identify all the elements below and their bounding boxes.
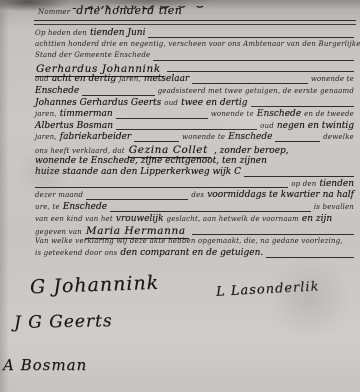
handwritten-text: den comparant en de getuigen. bbox=[120, 248, 263, 258]
handwritten-text: negen en twintig bbox=[277, 121, 354, 131]
signature-witness-2: A Bosman bbox=[3, 356, 87, 374]
printed-form-text: geadsisteerd met twee getuigen, de eerst… bbox=[158, 87, 354, 95]
ruled-blank bbox=[153, 49, 354, 61]
handwritten-text: wonende te Enschede, zijne echtgenoot, t… bbox=[35, 156, 267, 166]
handwritten-text: metselaar bbox=[144, 74, 189, 84]
handwritten-text: Enschede bbox=[35, 86, 79, 96]
printed-form-text: Op heden den bbox=[35, 29, 87, 37]
printed-form-text: dewelke bbox=[323, 133, 354, 141]
printed-form-text: jaren, bbox=[119, 75, 141, 83]
signature-witness-1: J G Geerts bbox=[14, 311, 113, 333]
handwritten-text: en zijn bbox=[302, 214, 332, 224]
printed-form-text: dezer maand bbox=[35, 191, 83, 199]
ruled-blank bbox=[192, 223, 354, 235]
handwritten-text: timmerman bbox=[60, 109, 113, 119]
printed-form-text: is bevallen bbox=[314, 203, 354, 211]
record-number-value: drie honderd tien bbox=[76, 4, 182, 17]
handwritten-text: huize staande aan den Lipperkerkweg wijk… bbox=[35, 167, 241, 177]
printed-form-text: en de tweede bbox=[304, 110, 354, 118]
printed-form-text: ons heeft verklaard, dat bbox=[35, 147, 125, 155]
handwritten-text: Enschede bbox=[63, 202, 107, 212]
ruled-blank bbox=[116, 107, 208, 119]
document-line: oudacht en dertigjaren,metselaarwonende … bbox=[0, 74, 360, 86]
act-body-text: Op heden dentienden Juniachttien honderd… bbox=[0, 28, 360, 260]
handwritten-text: acht en dertig bbox=[52, 74, 116, 84]
ruled-blank bbox=[116, 119, 257, 131]
printed-form-text: jaren, bbox=[35, 133, 57, 141]
printed-form-text: Stand der Gemeente Enschede bbox=[35, 51, 150, 59]
handwritten-text: vrouwelijk bbox=[116, 214, 164, 224]
printed-form-text: Van welke verklaring wij deze akte hebbe… bbox=[35, 237, 343, 245]
handwritten-text: twee en dertig bbox=[181, 98, 247, 108]
signature-registrar: L Lasonderlik bbox=[216, 279, 320, 299]
printed-form-text: ure, te bbox=[35, 203, 60, 211]
ruled-blank bbox=[167, 61, 354, 73]
printed-form-text: is geteekend door ons bbox=[35, 249, 117, 257]
record-number-label: Nommer bbox=[38, 8, 70, 16]
document-line: gegeven vanMaria Hermanna bbox=[0, 225, 360, 237]
handwritten-text: Enschede bbox=[257, 109, 301, 119]
ruled-blank bbox=[86, 188, 188, 200]
printed-form-text: oud bbox=[35, 75, 49, 83]
signature-comparant: G Johannink bbox=[30, 272, 160, 298]
handwritten-text: fabriekarbeider bbox=[60, 132, 131, 142]
document-line: ons heeft verklaard, datGezina Collet, z… bbox=[0, 144, 360, 156]
document-line: jaren,fabriekarbeiderwonende teEnscheded… bbox=[0, 132, 360, 144]
printed-form-text: wonende te bbox=[311, 75, 354, 83]
ruled-blank bbox=[35, 177, 288, 189]
handwritten-text: Albertus Bosman bbox=[35, 121, 113, 131]
printed-form-text: wonende te bbox=[182, 133, 225, 141]
ruled-blank bbox=[148, 26, 354, 38]
record-number-line: Nommer drie honderd tien bbox=[38, 4, 182, 17]
handwritten-text: tienden bbox=[319, 179, 354, 189]
ruled-blank bbox=[134, 130, 179, 142]
handwritten-text: tienden Juni bbox=[90, 28, 145, 38]
printed-form-text: oud bbox=[164, 99, 178, 107]
ruled-blank bbox=[275, 130, 320, 142]
ruled-blank bbox=[266, 246, 354, 258]
document-line: Op heden dentienden Juni bbox=[0, 28, 360, 40]
ruled-blank bbox=[192, 72, 308, 84]
printed-form-text: wonende te bbox=[211, 110, 254, 118]
printed-form-text: jaren, bbox=[35, 110, 57, 118]
printed-form-text: geslacht, aan hetwelk de voornaam bbox=[167, 215, 299, 223]
handwritten-text: Johannes Gerhardus Geerts bbox=[35, 98, 161, 108]
printed-form-text: achttien honderd drie en negentig, versc… bbox=[35, 40, 360, 48]
document-line: ure, teEnschedeis bevallen bbox=[0, 202, 360, 214]
printed-form-text: gegeven van bbox=[35, 228, 82, 236]
ruled-blank bbox=[82, 84, 154, 96]
handwritten-text: , zonder beroep, bbox=[214, 146, 289, 156]
header-divider bbox=[34, 20, 356, 25]
ruled-blank bbox=[110, 200, 311, 212]
ruled-blank bbox=[244, 165, 354, 177]
printed-form-text: des bbox=[191, 191, 204, 199]
ruled-blank bbox=[251, 96, 354, 108]
printed-form-text: oud bbox=[260, 122, 274, 130]
handwritten-text: Enschede bbox=[228, 132, 272, 142]
signatures-block: G JohanninkL LasonderlikJ G GeertsA Bosm… bbox=[0, 268, 360, 392]
printed-form-text: op den bbox=[291, 180, 316, 188]
document-line: is geteekend door onsden comparant en de… bbox=[0, 248, 360, 260]
document-page: Nommer drie honderd tien Op heden dentie… bbox=[0, 0, 360, 392]
printed-form-text: van een kind van het bbox=[35, 215, 113, 223]
handwritten-text: voormiddags te kwartier na half bbox=[207, 190, 354, 200]
